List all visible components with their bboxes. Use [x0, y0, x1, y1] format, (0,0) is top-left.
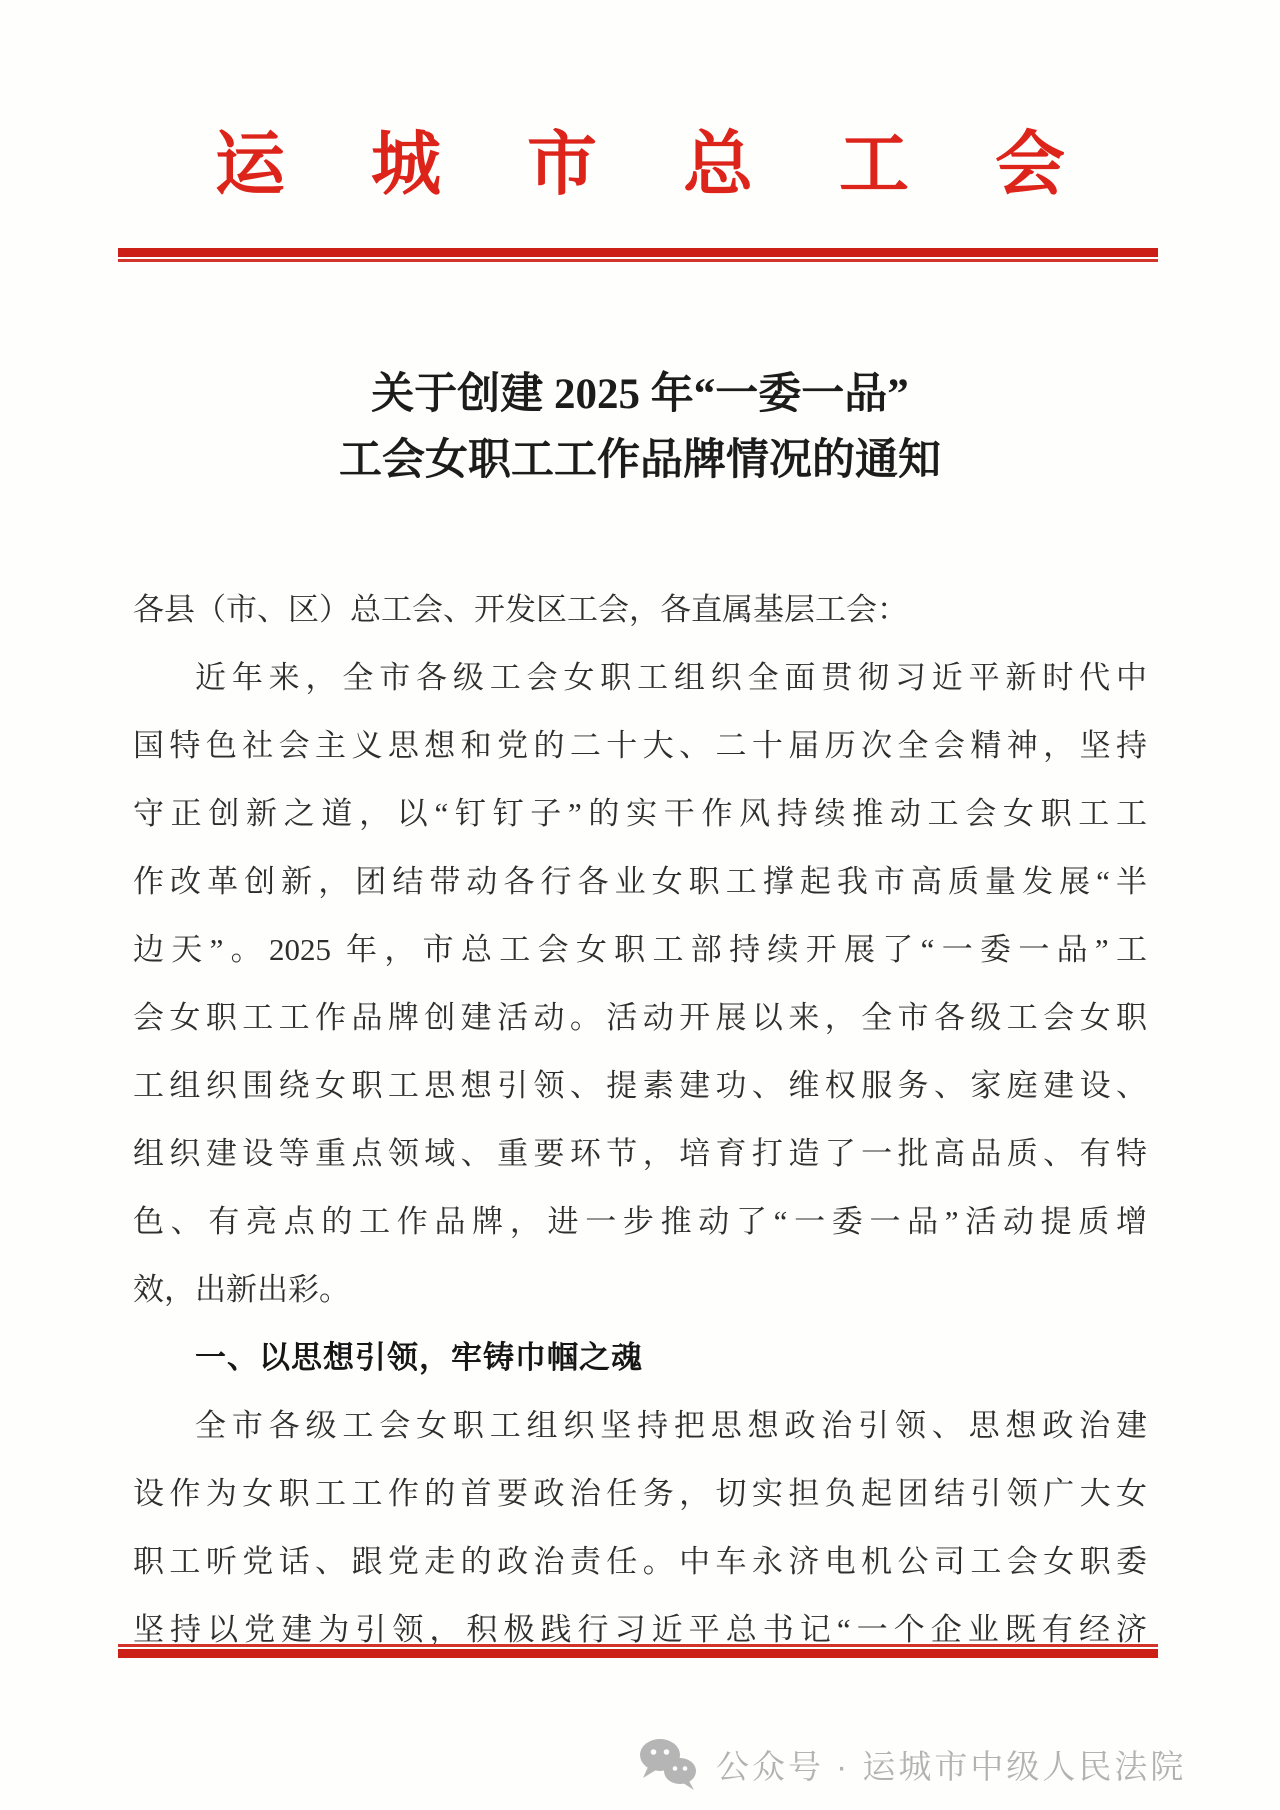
body-line: 各县（市、区）总工会、开发区工会，各直属基层工会： [133, 576, 1147, 644]
body-line: 边天”。2025 年，市总工会女职工部持续开展了“一委一品”工 [133, 916, 1147, 984]
header-rule-thin [118, 259, 1158, 262]
watermark-text: 公众号 · 运城市中级人民法院 [716, 1741, 1186, 1788]
document-title-line2: 工会女职工工作品牌情况的通知 [0, 428, 1280, 494]
org-name: 运城市总工会 [0, 108, 1280, 209]
body-line: 效，出新出彩。 [133, 1256, 1147, 1324]
body-line: 工组织围绕女职工思想引领、提素建功、维权服务、家庭建设、 [133, 1052, 1147, 1120]
footer-rule [118, 1644, 1158, 1658]
header-rule-thick [118, 248, 1158, 257]
document-title-line1: 关于创建 2025 年“一委一品” [0, 362, 1280, 428]
body-line: 会女职工工作品牌创建活动。活动开展以来，全市各级工会女职 [133, 984, 1147, 1052]
document-body: 各县（市、区）总工会、开发区工会，各直属基层工会：近年来，全市各级工会女职工组织… [133, 576, 1147, 1664]
document-page: 运城市总工会 关于创建 2025 年“一委一品” 工会女职工工作品牌情况的通知 … [0, 0, 1280, 1810]
body-line: 近年来，全市各级工会女职工组织全面贯彻习近平新时代中 [133, 644, 1147, 712]
watermark: 公众号 · 运城市中级人民法院 [636, 1738, 1186, 1790]
body-line: 作改革创新，团结带动各行各业女职工撑起我市高质量发展“半 [133, 848, 1147, 916]
body-line: 色、有亮点的工作品牌，进一步推动了“一委一品”活动提质增 [133, 1188, 1147, 1256]
body-line: 守正创新之道，以“钉钉子”的实干作风持续推动工会女职工工 [133, 780, 1147, 848]
body-line: 组织建设等重点领域、重要环节，培育打造了一批高品质、有特 [133, 1120, 1147, 1188]
body-line: 一、以思想引领，牢铸巾帼之魂 [133, 1324, 1147, 1392]
body-line: 设作为女职工工作的首要政治任务，切实担负起团结引领广大女 [133, 1460, 1147, 1528]
body-line: 国特色社会主义思想和党的二十大、二十届历次全会精神，坚持 [133, 712, 1147, 780]
header-rule [118, 248, 1158, 262]
body-line: 全市各级工会女职工组织坚持把思想政治引领、思想政治建 [133, 1392, 1147, 1460]
document-title: 关于创建 2025 年“一委一品” 工会女职工工作品牌情况的通知 [0, 362, 1280, 494]
wechat-icon [636, 1738, 700, 1790]
body-line: 职工听党话、跟党走的政治责任。中车永济电机公司工会女职委 [133, 1528, 1147, 1596]
footer-rule-thick [118, 1649, 1158, 1658]
